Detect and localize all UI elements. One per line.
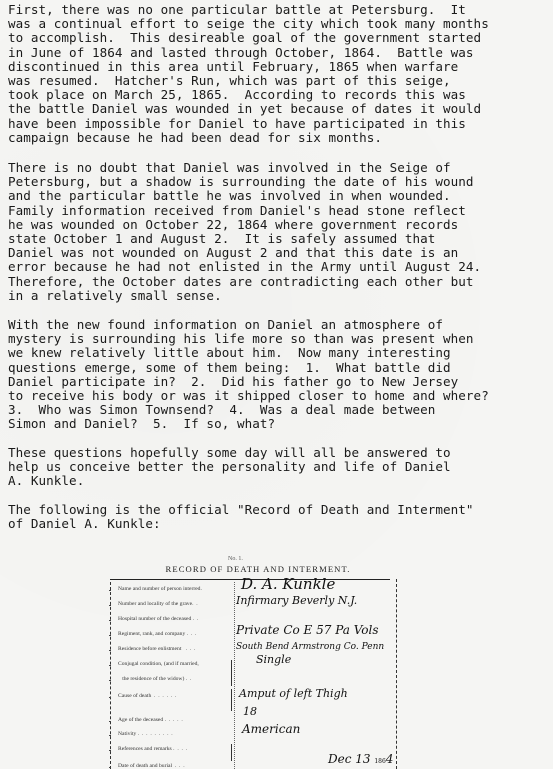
form-right-border bbox=[396, 579, 397, 769]
form-field-handwritten-value: Single bbox=[256, 653, 291, 666]
form-tick-mark bbox=[109, 635, 111, 636]
form-field-label: Nativity . . . . . . . . . bbox=[118, 731, 173, 737]
form-left-border bbox=[110, 582, 111, 769]
form-tick-mark bbox=[109, 680, 111, 681]
form-field-label: Hospital number of the deceased . . bbox=[118, 616, 198, 622]
paragraph-mystery-questions: With the new found information on Daniel… bbox=[8, 318, 553, 432]
form-tick-mark bbox=[109, 650, 111, 651]
form-tick-mark bbox=[109, 697, 111, 698]
form-field-handwritten-value: Amput of left Thigh bbox=[239, 687, 348, 700]
form-bracket bbox=[228, 689, 232, 711]
form-tick-mark bbox=[109, 721, 111, 722]
form-number: No. 1. bbox=[228, 556, 243, 562]
form-field-label: the residence of the widow) . . bbox=[118, 676, 191, 682]
form-tick-mark bbox=[109, 767, 111, 768]
form-column-divider bbox=[234, 582, 235, 769]
form-field-handwritten-value: American bbox=[242, 722, 300, 736]
form-field-label: Regiment, rank, and company . . . bbox=[118, 631, 196, 637]
form-field-label: Age of the deceased . . . . . bbox=[118, 717, 183, 723]
form-tick-mark bbox=[109, 750, 111, 751]
scanned-page: First, there was no one particular battl… bbox=[0, 0, 553, 769]
form-field-label: References and remarks . . . . bbox=[118, 746, 187, 752]
paragraph-hope: These questions hopefully some day will … bbox=[8, 446, 553, 489]
record-of-death-form: No. 1. RECORD OF DEATH AND INTERMENT. Na… bbox=[106, 556, 410, 769]
form-field-label: Name and number of person interred. bbox=[118, 586, 202, 592]
form-field-handwritten-value: South Bend Armstrong Co. Penn bbox=[236, 642, 384, 652]
form-tick-mark bbox=[109, 605, 111, 606]
paragraph-petersburg-battle: First, there was no one particular battl… bbox=[8, 3, 553, 145]
form-field-label: Number and locality of the grave. . bbox=[118, 601, 198, 607]
paragraph-record-intro: The following is the official "Record of… bbox=[8, 503, 553, 531]
form-field-label: Cause of death . . . . . . bbox=[118, 693, 176, 699]
form-bracket bbox=[228, 744, 232, 761]
form-field-handwritten-value: D. A. Kunkle bbox=[241, 575, 335, 593]
form-tick-mark bbox=[109, 665, 111, 666]
form-tick-mark bbox=[109, 620, 111, 621]
form-field-label: Residence before enlistment . . . bbox=[118, 646, 195, 652]
form-field-handwritten-value: Infirmary Beverly N.J. bbox=[236, 594, 357, 607]
form-tick-mark bbox=[109, 590, 111, 591]
form-title: RECORD OF DEATH AND INTERMENT. bbox=[106, 564, 410, 574]
form-tick-mark bbox=[109, 735, 111, 736]
form-field-handwritten-value: Private Co E 57 Pa Vols bbox=[236, 623, 379, 637]
form-field-handwritten-value: 18 bbox=[243, 705, 257, 718]
form-field-label: Conjugal condition, (and if married, bbox=[118, 661, 199, 667]
form-field-label: Date of death and burial . . . bbox=[118, 763, 185, 769]
paragraph-wound-date: There is no doubt that Daniel was involv… bbox=[8, 161, 553, 303]
form-bracket bbox=[228, 660, 232, 686]
form-date-handwritten: Dec 13 1864 bbox=[328, 752, 393, 766]
